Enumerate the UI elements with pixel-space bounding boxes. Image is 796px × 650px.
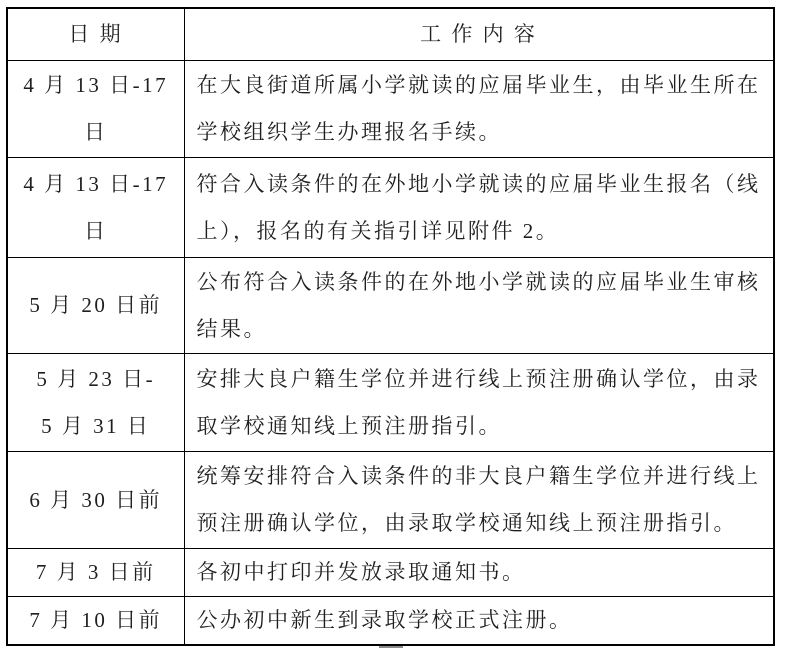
header-content: 工 作 内 容 (184, 8, 774, 61)
date-cell: 5 月 20 日前 (7, 258, 184, 354)
content-cell: 在大良街道所属小学就读的应届毕业生，由毕业生所在学校组织学生办理报名手续。 (184, 61, 774, 158)
header-date: 日 期 (7, 8, 184, 61)
table-row: 5 月 23 日- 5 月 31 日 安排大良户籍生学位并进行线上预注册确认学位… (7, 354, 774, 452)
date-cell: 4 月 13 日-17 日 (7, 158, 184, 258)
date-cell: 6 月 30 日前 (7, 452, 184, 549)
enrollment-schedule-table: 日 期 工 作 内 容 4 月 13 日-17 日 在大良街道所属小学就读的应届… (6, 7, 775, 646)
date-cell: 5 月 23 日- 5 月 31 日 (7, 354, 184, 452)
content-cell: 符合入读条件的在外地小学就读的应届毕业生报名（线上），报名的有关指引详见附件 2… (184, 158, 774, 258)
content-cell: 安排大良户籍生学位并进行线上预注册确认学位，由录取学校通知线上预注册指引。 (184, 354, 774, 452)
table-row: 4 月 13 日-17 日 符合入读条件的在外地小学就读的应届毕业生报名（线上）… (7, 158, 774, 258)
content-cell: 公布符合入读条件的在外地小学就读的应届毕业生审核结果。 (184, 258, 774, 354)
content-cell: 统筹安排符合入读条件的非大良户籍生学位并进行线上预注册确认学位，由录取学校通知线… (184, 452, 774, 549)
cutoff-element-edge (379, 646, 403, 648)
table-row: 5 月 20 日前 公布符合入读条件的在外地小学就读的应届毕业生审核结果。 (7, 258, 774, 354)
table-row: 7 月 10 日前 公办初中新生到录取学校正式注册。 (7, 597, 774, 646)
content-cell: 各初中打印并发放录取通知书。 (184, 549, 774, 597)
table-row: 4 月 13 日-17 日 在大良街道所属小学就读的应届毕业生，由毕业生所在学校… (7, 61, 774, 158)
document-page: 日 期 工 作 内 容 4 月 13 日-17 日 在大良街道所属小学就读的应届… (0, 0, 796, 650)
table-header-row: 日 期 工 作 内 容 (7, 8, 774, 61)
date-cell: 7 月 10 日前 (7, 597, 184, 646)
table-row: 6 月 30 日前 统筹安排符合入读条件的非大良户籍生学位并进行线上预注册确认学… (7, 452, 774, 549)
content-cell: 公办初中新生到录取学校正式注册。 (184, 597, 774, 646)
date-cell: 4 月 13 日-17 日 (7, 61, 184, 158)
table-row: 7 月 3 日前 各初中打印并发放录取通知书。 (7, 549, 774, 597)
date-cell: 7 月 3 日前 (7, 549, 184, 597)
